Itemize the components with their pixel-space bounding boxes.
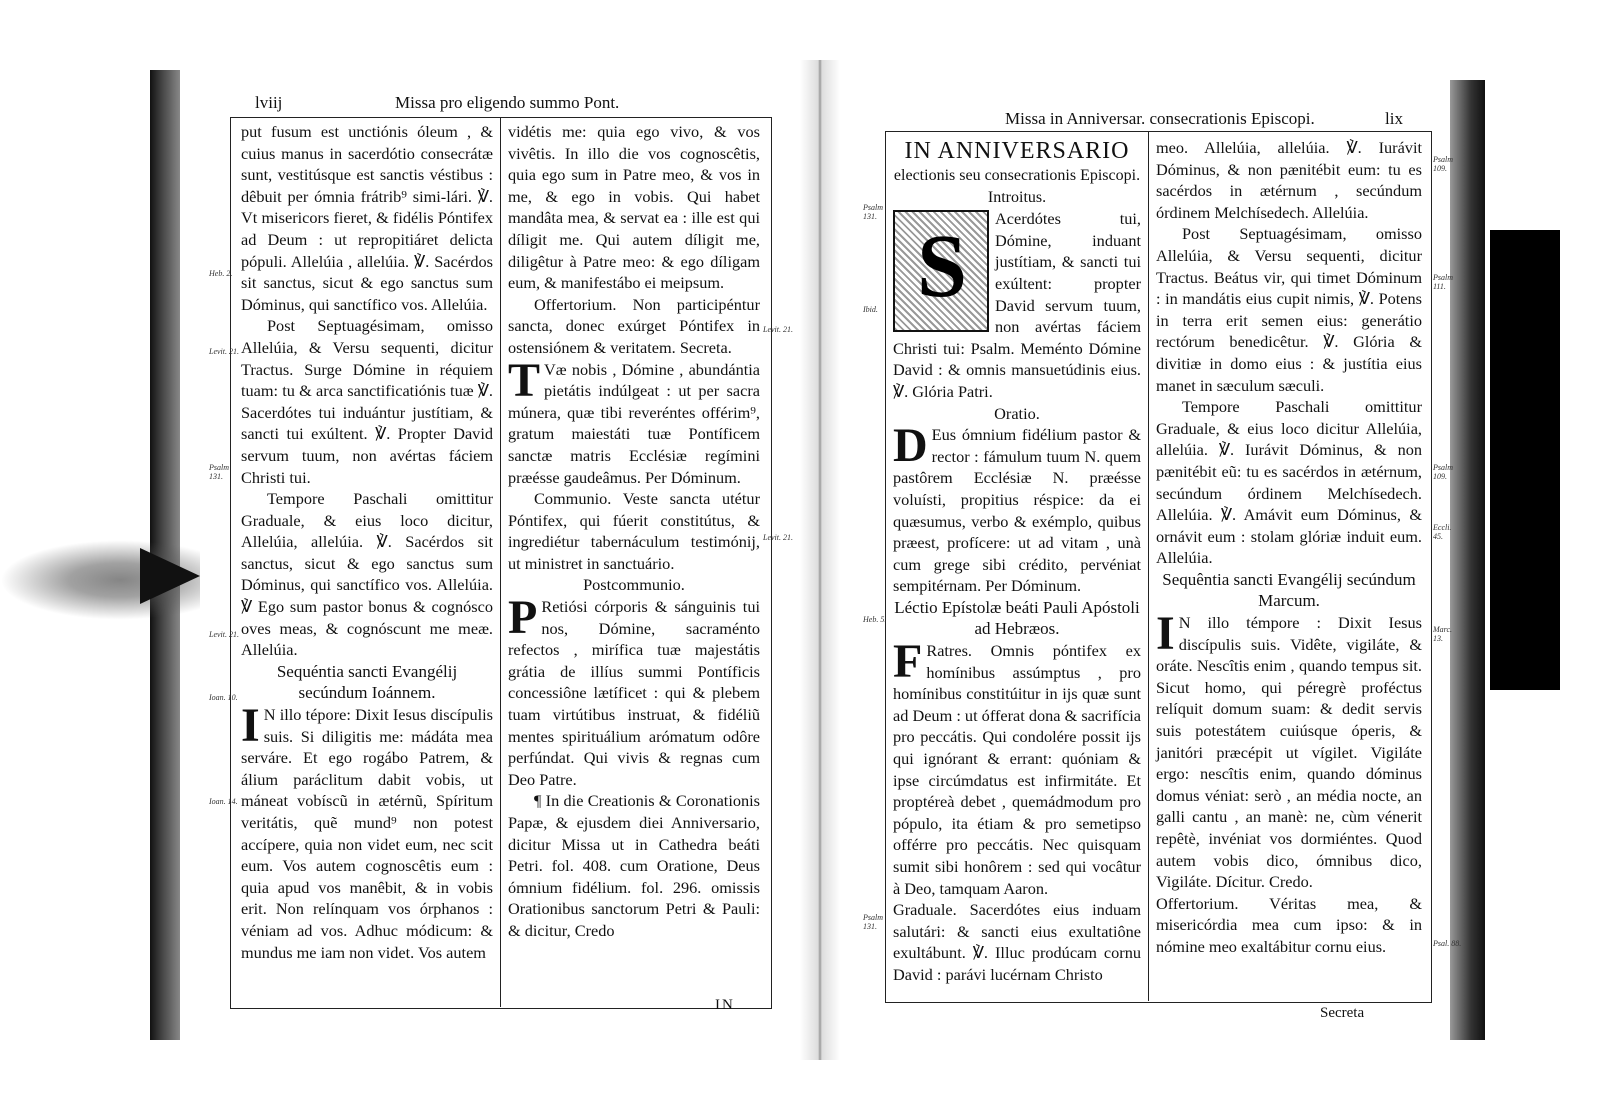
margin-note: Psalm 131. (863, 913, 893, 931)
margin-note: Levit. 21. (209, 630, 239, 639)
gospel-paragraph: IN illo tépore: Dixit Iesus discípulis s… (241, 704, 493, 963)
margin-note: Heb. 2. (209, 269, 239, 278)
paragraph: put fusum est unctiónis óleum , & cuius … (241, 121, 493, 315)
gospel-heading: Sequêntia sancti Evangélij secúndum Marc… (1156, 569, 1422, 612)
initial-letter: S (917, 222, 967, 312)
oratio-paragraph: DEus ómnium fidélium pastor & rector : f… (893, 424, 1141, 597)
right-page: Missa in Anniversar. consecrationis Epis… (865, 95, 1440, 1030)
column-rule (500, 117, 501, 1007)
introitus-paragraph: SAcerdótes tui, Dómine, induant justítia… (893, 208, 1141, 402)
margin-note: Levit. 21. (763, 533, 793, 542)
margin-note: Levit. 21. (763, 325, 793, 334)
paragraph-text: Væ nobis , Dómine , abundántia pietátis … (508, 360, 760, 487)
dropcap-initial: I (1156, 614, 1175, 654)
margin-note: Eccli. 45. (1433, 523, 1463, 541)
paragraph: Post Septuagésimam, omisso Allelúia, & V… (1156, 223, 1422, 396)
postcommunio-heading: Postcommunio. (508, 574, 760, 596)
paragraph: Post Septuagésimam, omisso Allelúia, & V… (241, 315, 493, 488)
illuminated-initial-s: S (893, 210, 989, 332)
secreta-paragraph: TVæ nobis , Dómine , abundántia pietátis… (508, 359, 760, 489)
left-column-2: vidétis me: quia ego vivo, & vos vivêtis… (508, 121, 760, 942)
communio-paragraph: Communio. Veste sancta utétur Póntifex, … (508, 488, 760, 574)
graduale-paragraph: Graduale. Sacerdótes eius induam salutár… (893, 899, 1141, 985)
margin-note: Psal. 88. (1433, 939, 1463, 948)
margin-note: Ioan. 10. (209, 693, 239, 702)
margin-note: Levit. 21. (209, 347, 239, 356)
paragraph-text: Retiósi córporis & sánguinis tui nos, Dó… (508, 597, 760, 789)
margin-note: Ibid. (863, 305, 893, 314)
book-tab-marker (1490, 230, 1560, 690)
margin-note: Marc. 13. (1433, 625, 1463, 643)
paragraph-text: Ratres. Omnis póntifex ex homínibus assú… (893, 641, 1141, 898)
column-rule (1148, 131, 1149, 1001)
right-column-1: IN ANNIVERSARIO electionis seu consecrat… (893, 137, 1141, 986)
margin-note: Psalm 131. (863, 203, 893, 221)
paragraph-text: Eus ómnium fidélium pastor & rector : fá… (893, 425, 1141, 595)
dropcap-initial: D (893, 426, 928, 466)
paragraph: meo. Allelúia, allelúia. ℣. Iurávit Dómi… (1156, 137, 1422, 223)
margin-note: Heb. 5. (863, 615, 893, 624)
paragraph: Tempore Paschali omittitur Graduale, & e… (241, 488, 493, 661)
dropcap-initial: F (893, 642, 922, 682)
postcommunio-paragraph: PRetiósi córporis & sánguinis tui nos, D… (508, 596, 760, 790)
paragraph: Tempore Paschali omittitur Graduale, & e… (1156, 396, 1422, 569)
running-head: Missa in Anniversar. consecrationis Epis… (1005, 109, 1315, 129)
margin-note: Psalm 109. (1433, 463, 1463, 481)
left-page: lviij Missa pro eligendo summo Pont. Heb… (215, 85, 775, 1025)
margin-note: Psalm 131. (209, 463, 239, 481)
dropcap-initial: P (508, 598, 537, 638)
catchword: Secreta (1320, 1005, 1364, 1022)
paragraph-text: N illo témpore : Dixit Iesus discípulis … (1156, 613, 1422, 891)
gospel-heading: Sequéntia sancti Evangélij secúndum Ioán… (241, 661, 493, 704)
gospel-paragraph: IN illo témpore : Dixit Iesus discípulis… (1156, 612, 1422, 893)
section-subheading: electionis seu consecrationis Episcopi. … (893, 165, 1141, 208)
running-head: Missa pro eligendo summo Pont. (395, 93, 619, 113)
book-gutter (800, 60, 840, 1060)
catchword: IN (715, 997, 735, 1014)
margin-note: Ioan. 14. (209, 797, 239, 806)
dropcap-initial: I (241, 706, 260, 746)
folio-number: lix (1385, 109, 1403, 129)
oratio-heading: Oratio. (893, 403, 1141, 425)
right-column-2: meo. Allelúia, allelúia. ℣. Iurávit Dómi… (1156, 137, 1422, 958)
left-column-1: put fusum est unctiónis óleum , & cuius … (241, 121, 493, 963)
page-clip-arrow-icon (140, 548, 200, 604)
rubric-paragraph: ¶ In die Creationis & Coronationis Papæ,… (508, 790, 760, 941)
margin-note: Psalm 111. (1433, 273, 1463, 291)
dropcap-initial: T (508, 361, 540, 401)
folio-number: lviij (255, 93, 282, 113)
paragraph-text: N illo tépore: Dixit Iesus discípulis su… (241, 705, 493, 962)
lectio-paragraph: FRatres. Omnis póntifex ex homínibus ass… (893, 640, 1141, 899)
paragraph: vidétis me: quia ego vivo, & vos vivêtis… (508, 121, 760, 294)
offertorium-paragraph: Offertorium. Véritas mea, & misericórdia… (1156, 893, 1422, 958)
section-heading: IN ANNIVERSARIO (893, 137, 1141, 165)
offertorium-paragraph: Offertorium. Non participéntur sancta, d… (508, 294, 760, 359)
lectio-heading: Léctio Epístolæ beáti Pauli Apóstoli ad … (893, 597, 1141, 640)
book-spine-edge-right (1450, 80, 1485, 1040)
margin-note: Psalm 109. (1433, 155, 1463, 173)
